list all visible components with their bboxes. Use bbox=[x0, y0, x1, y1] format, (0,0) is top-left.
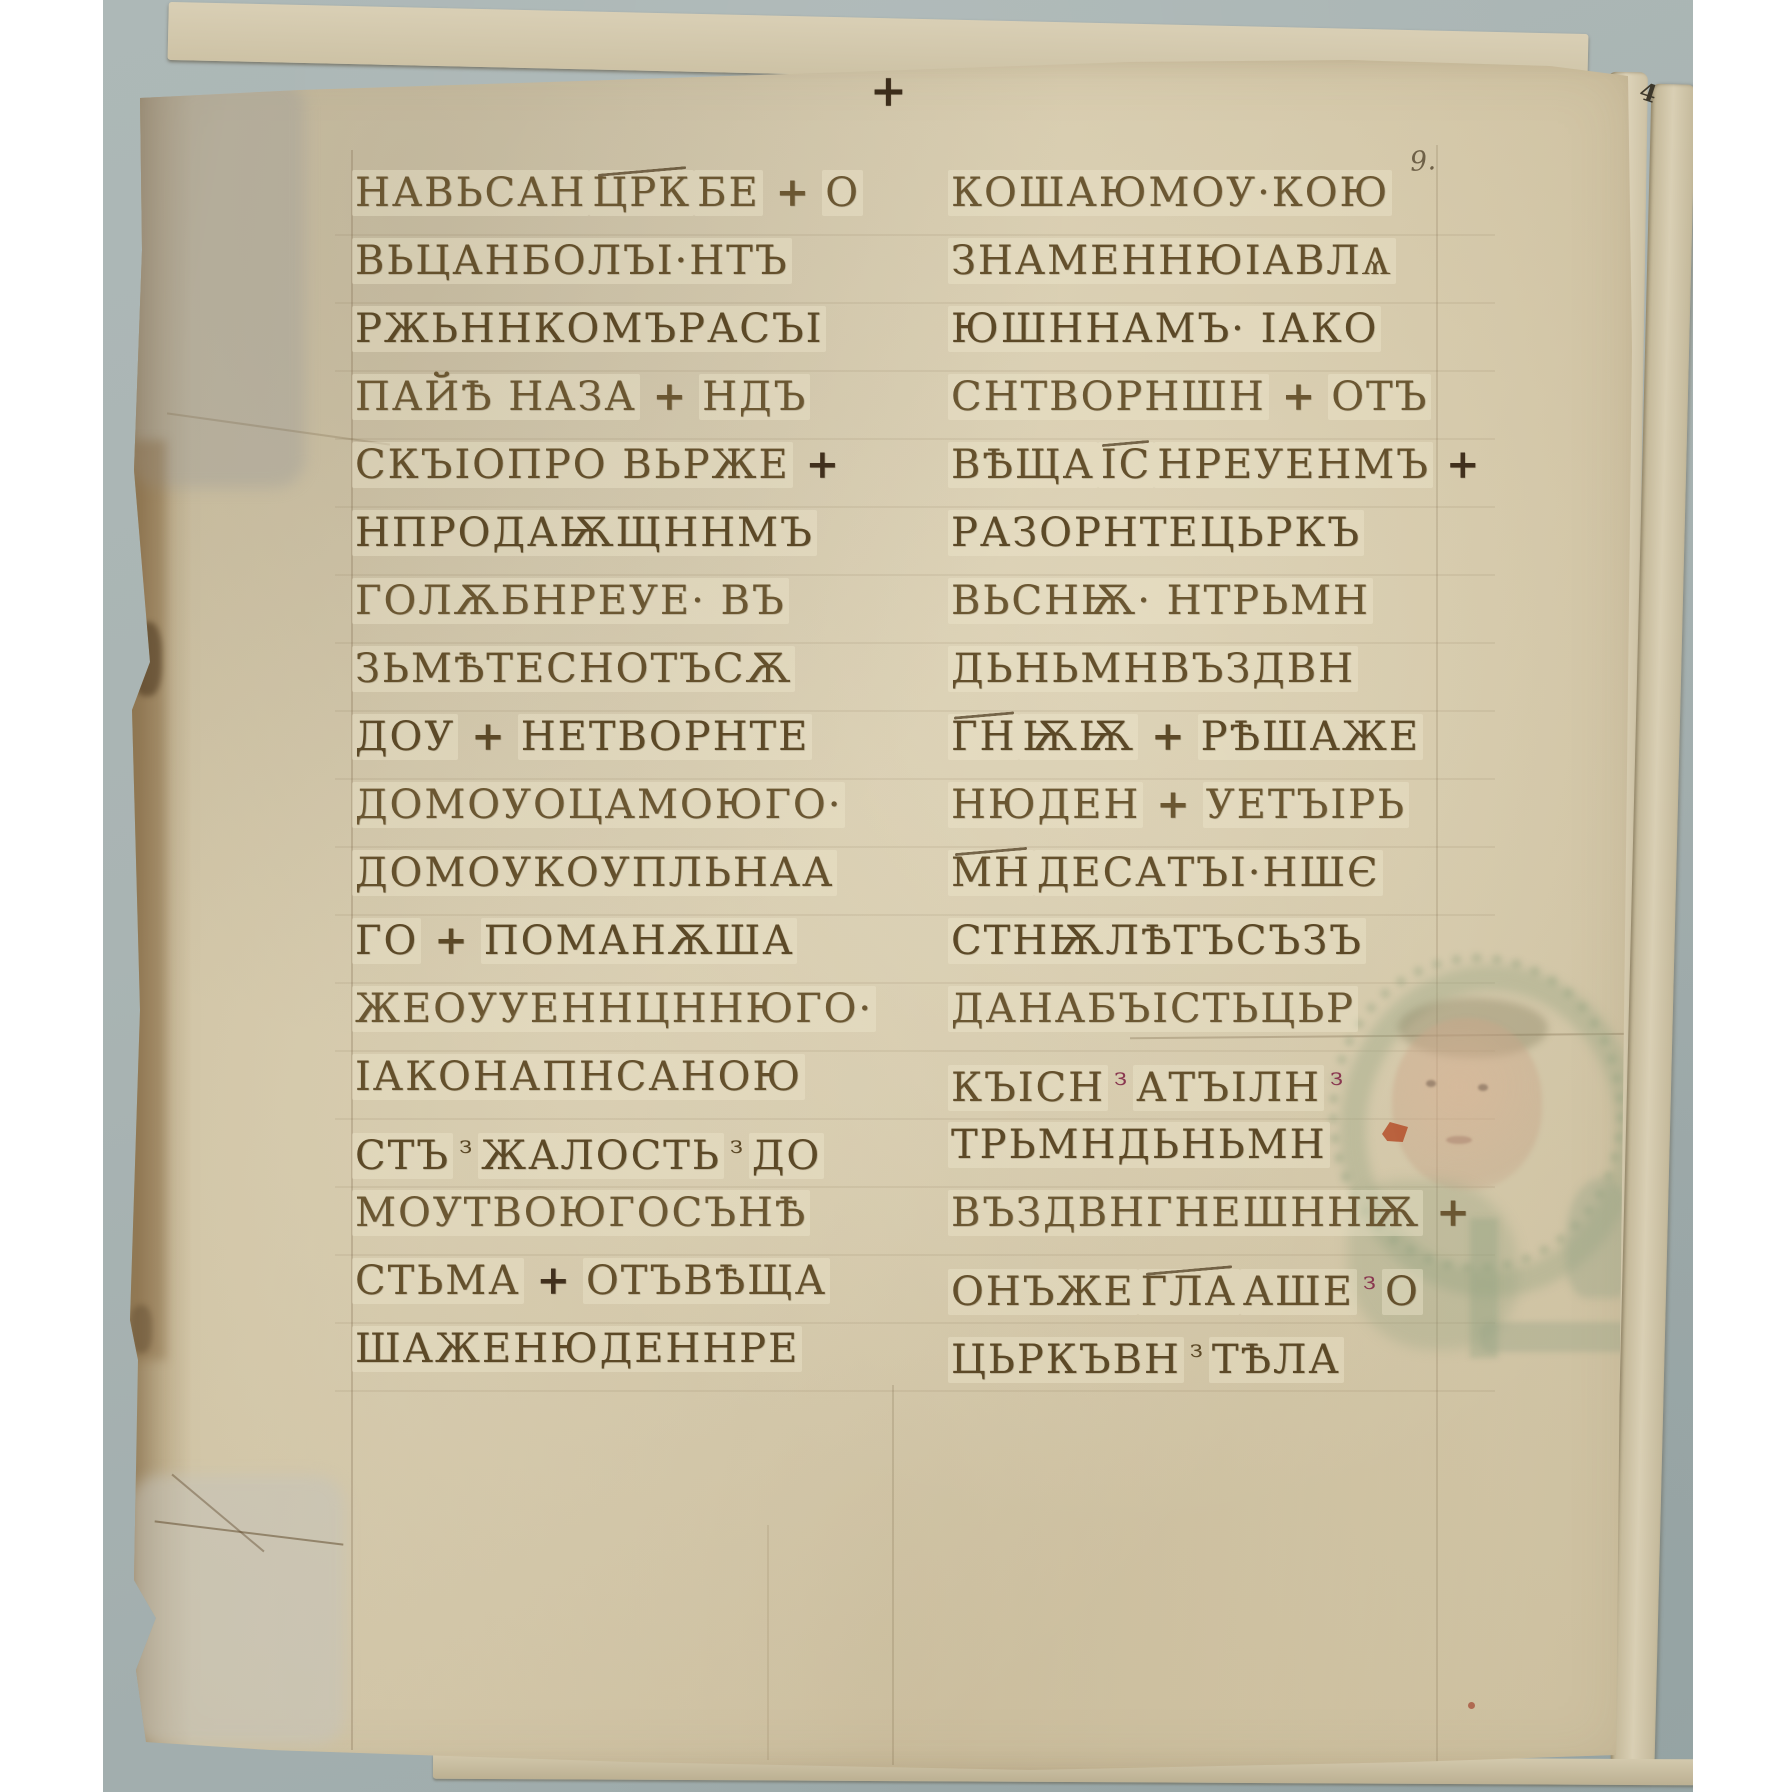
text-segment: СТЪ bbox=[352, 1133, 453, 1179]
red-letter-mark: з bbox=[456, 1131, 475, 1159]
text-segment: ЗЬМѢТЕСНОТЪСѪ bbox=[352, 646, 795, 692]
text-segment: РЖЬННКОМЪРАСЪІ bbox=[352, 306, 826, 352]
text-segment: ДО bbox=[749, 1133, 824, 1179]
text-segment: ДЬНЬМНВЪЗДВН bbox=[948, 646, 1358, 692]
red-letter-mark: з bbox=[1111, 1063, 1130, 1091]
text-segment: ѬѬ bbox=[1019, 714, 1138, 760]
text-segment: МОУТВОЮГОСЪНѢ bbox=[352, 1190, 810, 1236]
text-segment: НЕТВОРНТЕ bbox=[518, 714, 813, 760]
text-segment: ВЬСНѬ· НТРЬМН bbox=[948, 578, 1373, 624]
text-segment: ТРЬМНДЬНЬМН bbox=[948, 1122, 1330, 1168]
invocation-cross-icon: + bbox=[870, 66, 907, 117]
manuscript-line: ШАЖЕНЮДЕННРЕ bbox=[352, 1318, 832, 1386]
text-segment: ПОМАНѪША bbox=[481, 918, 798, 964]
text-segment: О bbox=[822, 170, 863, 216]
text-segment: ДОУ bbox=[352, 714, 458, 760]
manuscript-line: ДАНАБЪІСТЬЦЬР bbox=[948, 978, 1468, 1046]
text-segment: НПРОДАѬЩННМЪ bbox=[352, 510, 817, 556]
red-letter-mark: з bbox=[1327, 1063, 1346, 1091]
manuscript-line: НЮДЕН+УЕТЪІРЬ bbox=[948, 774, 1468, 842]
manuscript-line: ДОМОУОЦАМОЮГО· bbox=[352, 774, 832, 842]
manuscript-line: ГНѬѬ+РѢШАЖЕ bbox=[948, 706, 1468, 774]
text-segment: АТЪІЛН bbox=[1133, 1065, 1324, 1111]
text-segment: ТѢЛА bbox=[1209, 1337, 1344, 1383]
photo-background: 4 + 9. НАВЬСАНЦРКБЕ+ОВЬЦАНБОЛЪІ·НТЪР bbox=[103, 0, 1693, 1792]
edge-tear bbox=[130, 1305, 152, 1353]
manuscript-line: ВЪЗДВНГНЕШННѬ+ bbox=[948, 1182, 1468, 1250]
red-letter-mark: з bbox=[727, 1131, 746, 1159]
manuscript-line: НПРОДАѬЩННМЪ bbox=[352, 502, 832, 570]
manuscript-line: ГО+ПОМАНѪША bbox=[352, 910, 832, 978]
text-segment: РѢШАЖЕ bbox=[1198, 714, 1423, 760]
manuscript-line: СТНѬЛѢТЪСЪЗЪ bbox=[948, 910, 1468, 978]
manuscript-line: КЪІСНзАТЪІЛНз bbox=[948, 1046, 1468, 1114]
cross-mark: + bbox=[1443, 441, 1483, 488]
ruling-line bbox=[767, 1525, 769, 1760]
text-segment: СТНѬЛѢТЪСЪЗЪ bbox=[948, 918, 1366, 964]
text-segment: БЕ bbox=[694, 170, 763, 216]
manuscript-line: КОШАЮМОУ·КОЮ bbox=[948, 162, 1468, 230]
text-segment: КОШАЮМОУ·КОЮ bbox=[948, 170, 1392, 216]
text-segment: ДОМОУКОУПЛЬНАА bbox=[352, 850, 837, 896]
text-segment: ВѢЩА bbox=[948, 442, 1098, 488]
manuscript-line: ВЬСНѬ· НТРЬМН bbox=[948, 570, 1468, 638]
text-segment-titlo: ЦРК bbox=[589, 170, 694, 216]
manuscript-line: СТЪзЖАЛОСТЬзДО bbox=[352, 1114, 832, 1182]
text-segment: СНТВОРНШН bbox=[948, 374, 1269, 420]
manuscript-line: ЖЕОУУЕННЦННЮГО· bbox=[352, 978, 832, 1046]
text-segment: ВЬЦАНБОЛЪІ·НТЪ bbox=[352, 238, 792, 284]
text-segment: ВЪЗДВНГНЕШННѬ bbox=[948, 1190, 1423, 1236]
manuscript-line: ІАКОНАПНСАНОЮ bbox=[352, 1046, 832, 1114]
text-segment: ЦЬРКЪВН bbox=[948, 1337, 1184, 1383]
red-letter-mark: з bbox=[1187, 1335, 1206, 1363]
text-segment: СКЪІОПРО ВЬРЖЕ bbox=[352, 442, 793, 488]
text-segment: ЖАЛОСТЬ bbox=[478, 1133, 724, 1179]
text-segment: УЕТЪІРЬ bbox=[1203, 782, 1409, 828]
manuscript-line: ДЬНЬМНВЪЗДВН bbox=[948, 638, 1468, 706]
text-segment-titlo: ІС bbox=[1098, 442, 1154, 488]
text-segment: ОНЪЖЕ bbox=[948, 1269, 1138, 1315]
text-segment-titlo: ГЛА bbox=[1138, 1269, 1240, 1315]
text-segment: ГО bbox=[352, 918, 421, 964]
text-segment: ДАНАБЪІСТЬЦЬР bbox=[948, 986, 1358, 1032]
ruling-line bbox=[892, 1385, 894, 1765]
faded-miniature-eye bbox=[1478, 1084, 1488, 1091]
manuscript-line: ДОУ+НЕТВОРНТЕ bbox=[352, 706, 832, 774]
cross-mark: + bbox=[803, 441, 843, 488]
text-segment-titlo: МН bbox=[948, 850, 1034, 896]
red-letter-mark: з bbox=[1360, 1267, 1379, 1295]
manuscript-line: РАЗОРНТЕЦЬРКЪ bbox=[948, 502, 1468, 570]
gray-stain-top-left bbox=[130, 78, 305, 488]
text-segment-titlo: ГН bbox=[948, 714, 1019, 760]
text-segment: ПАЙѢ НАЗА bbox=[352, 374, 640, 420]
cross-mark: + bbox=[431, 917, 471, 964]
text-segment: ЮШННАМЪ· ІАКО bbox=[948, 306, 1381, 352]
cross-mark: + bbox=[1153, 781, 1193, 828]
cross-mark: + bbox=[534, 1257, 574, 1304]
manuscript-page: + 9. НАВЬСАНЦРКБЕ+ОВЬЦАНБОЛЪІ·НТЪРЖЬННКО… bbox=[130, 50, 1642, 1780]
manuscript-line: ЮШННАМЪ· ІАКО bbox=[948, 298, 1468, 366]
manuscript-line: СТЬМА+ОТЪВѢЩА bbox=[352, 1250, 832, 1318]
text-segment: НЮДЕН bbox=[948, 782, 1143, 828]
manuscript-line: ВѢЩАІСНРЕУЕНМЪ+ bbox=[948, 434, 1468, 502]
text-segment: ЗНАМЕННЮІАВЛѦ bbox=[948, 238, 1396, 284]
manuscript-line: ВЬЦАНБОЛЪІ·НТЪ bbox=[352, 230, 832, 298]
manuscript-line: ОНЪЖЕГЛААШЕзО bbox=[948, 1250, 1468, 1318]
cross-mark: + bbox=[1433, 1189, 1473, 1236]
text-segment: НАВЬСАН bbox=[352, 170, 589, 216]
text-segment: НДЪ bbox=[699, 374, 810, 420]
red-ink-speck bbox=[1468, 1702, 1475, 1709]
gray-stain-bottom-left bbox=[130, 1475, 345, 1745]
manuscript-line: РЖЬННКОМЪРАСЪІ bbox=[352, 298, 832, 366]
manuscript-line: ЗНАМЕННЮІАВЛѦ bbox=[948, 230, 1468, 298]
text-segment: ДЕСАТЪІ·НШЄ bbox=[1034, 850, 1383, 896]
manuscript-line: ГОЛѪБНРЕУЕ· ВЪ bbox=[352, 570, 832, 638]
cross-mark: + bbox=[1148, 713, 1188, 760]
text-segment: АШЕ bbox=[1240, 1269, 1357, 1315]
text-segment: СТЬМА bbox=[352, 1258, 524, 1304]
text-segment: ЖЕОУУЕННЦННЮГО· bbox=[352, 986, 876, 1032]
text-segment: ОТЪВѢЩА bbox=[583, 1258, 830, 1304]
text-segment: НРЕУЕНМЪ bbox=[1154, 442, 1433, 488]
text-column-right: КОШАЮМОУ·КОЮЗНАМЕННЮІАВЛѦЮШННАМЪ· ІАКОСН… bbox=[948, 162, 1468, 1386]
text-segment: ІАКОНАПНСАНОЮ bbox=[352, 1054, 805, 1100]
cross-mark: + bbox=[1279, 373, 1319, 420]
text-segment: ШАЖЕНЮДЕННРЕ bbox=[352, 1326, 802, 1372]
manuscript-line: ЗЬМѢТЕСНОТЪСѪ bbox=[352, 638, 832, 706]
manuscript-line: ДОМОУКОУПЛЬНАА bbox=[352, 842, 832, 910]
text-segment: КЪІСН bbox=[948, 1065, 1108, 1111]
manuscript-line: НАВЬСАНЦРКБЕ+О bbox=[352, 162, 832, 230]
cross-mark: + bbox=[773, 169, 813, 216]
cross-mark: + bbox=[468, 713, 508, 760]
manuscript-line: ТРЬМНДЬНЬМН bbox=[948, 1114, 1468, 1182]
manuscript-line: ЦЬРКЪВНзТѢЛА bbox=[948, 1318, 1468, 1386]
text-segment: ДОМОУОЦАМОЮГО· bbox=[352, 782, 845, 828]
text-column-left: НАВЬСАНЦРКБЕ+ОВЬЦАНБОЛЪІ·НТЪРЖЬННКОМЪРАС… bbox=[352, 162, 832, 1386]
text-segment: ГОЛѪБНРЕУЕ· ВЪ bbox=[352, 578, 789, 624]
manuscript-line: СНТВОРНШН+ОТЪ bbox=[948, 366, 1468, 434]
cross-mark: + bbox=[650, 373, 690, 420]
brown-stain-left bbox=[130, 440, 166, 1360]
text-segment: РАЗОРНТЕЦЬРКЪ bbox=[948, 510, 1364, 556]
manuscript-line: ПАЙѢ НАЗА+НДЪ bbox=[352, 366, 832, 434]
manuscript-line: СКЪІОПРО ВЬРЖЕ+ bbox=[352, 434, 832, 502]
edge-tear bbox=[132, 622, 162, 696]
manuscript-line: МОУТВОЮГОСЪНѢ bbox=[352, 1182, 832, 1250]
text-segment: ОТЪ bbox=[1328, 374, 1431, 420]
text-segment: О bbox=[1382, 1269, 1423, 1315]
manuscript-line: МНДЕСАТЪІ·НШЄ bbox=[948, 842, 1468, 910]
